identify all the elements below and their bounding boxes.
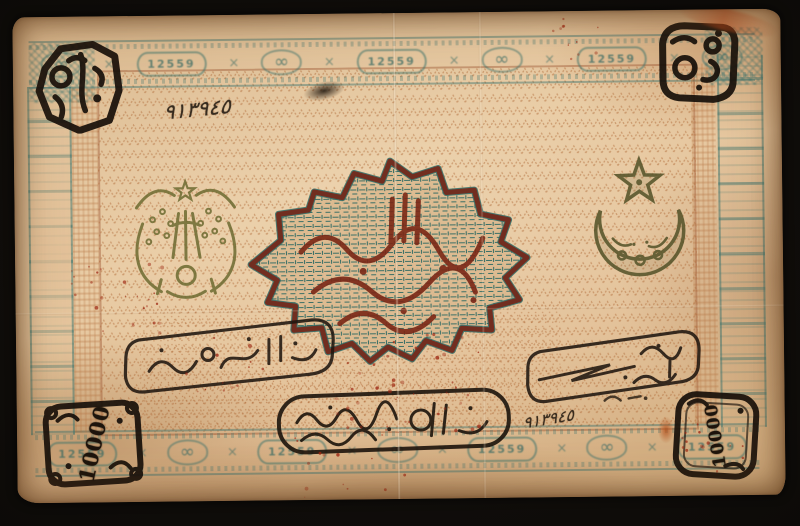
banknote: ∞×12559×∞×12559×∞×12559×∞ 12559×∞×12559×… (12, 9, 785, 504)
banknote-photo: ∞×12559×∞×12559×∞×12559×∞ 12559×∞×12559×… (0, 0, 800, 526)
